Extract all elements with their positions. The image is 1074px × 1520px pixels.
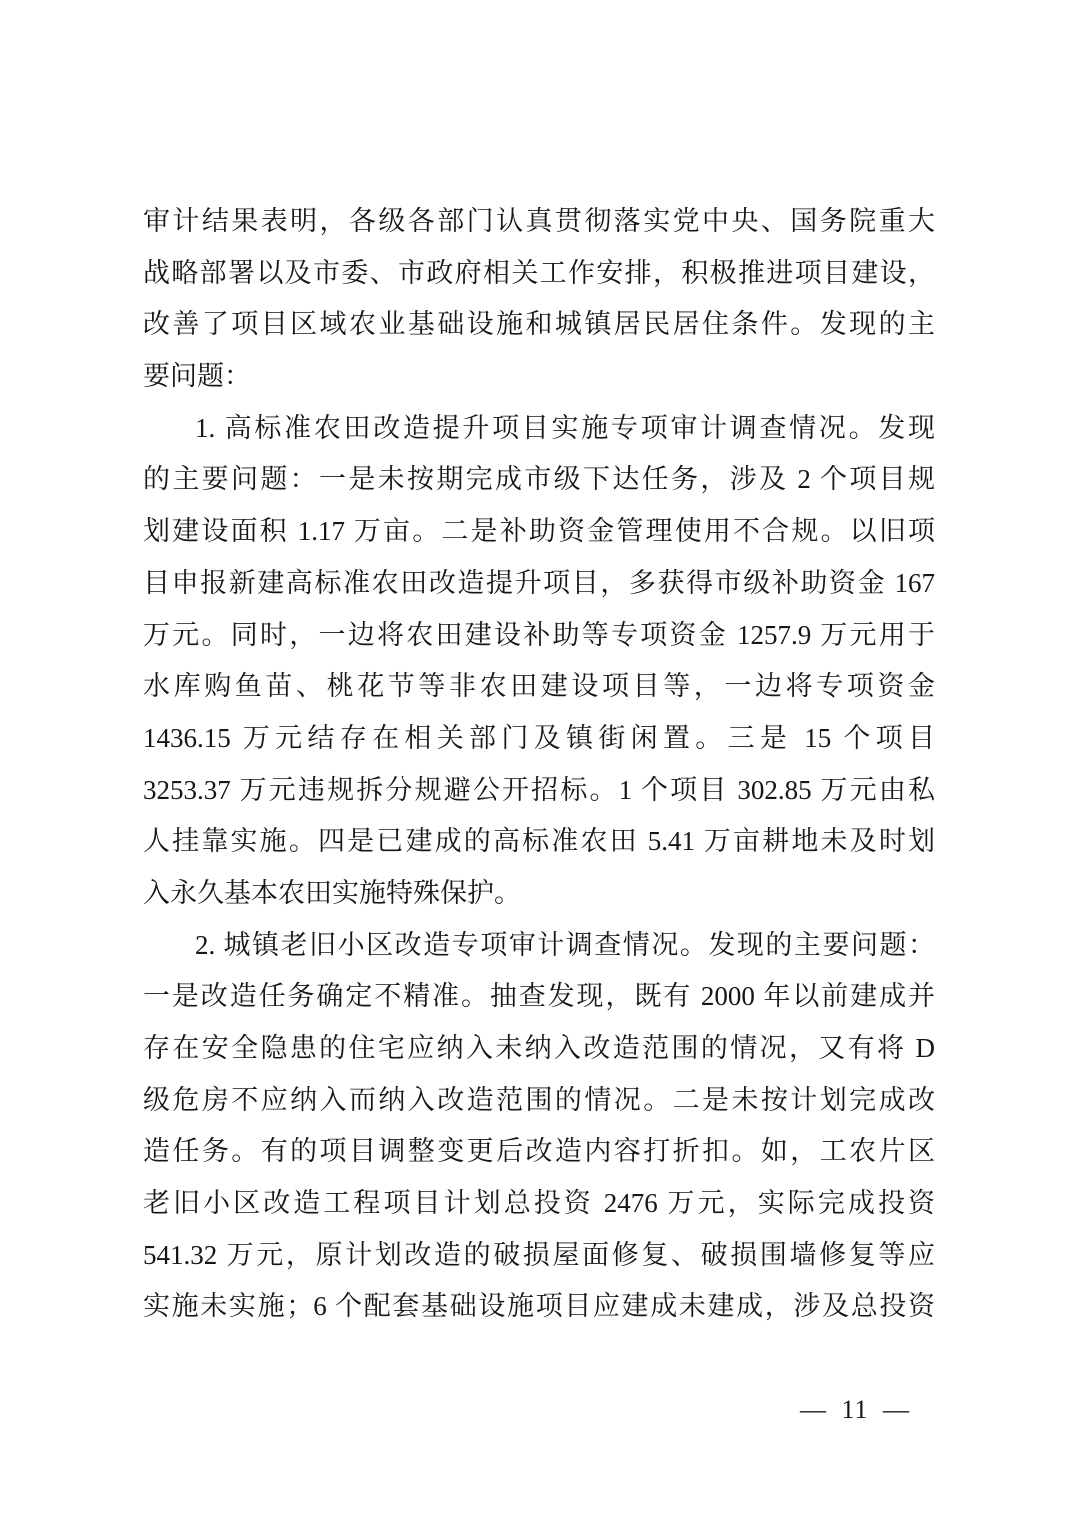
text-line: 老旧小区改造工程项目计划总投资 2476 万元，实际完成投资 [143, 1178, 935, 1230]
text-line: 战略部署以及市委、市政府相关工作安排，积极推进项目建设， [143, 248, 935, 300]
paragraph-intro: 审计结果表明，各级各部门认真贯彻落实党中央、国务院重大 战略部署以及市委、市政府… [143, 196, 935, 403]
text-line: 划建设面积 1.17 万亩。二是补助资金管理使用不合规。以旧项 [143, 506, 935, 558]
page-number: — 11 — [800, 1392, 910, 1428]
text-line: 实施未实施；6 个配套基础设施项目应建成未建成，涉及总投资 [143, 1281, 935, 1333]
text-line: 入永久基本农田实施特殊保护。 [143, 868, 935, 920]
text-line: 目申报新建高标准农田改造提升项目，多获得市级补助资金 167 [143, 558, 935, 610]
text-line: 1436.15 万元结存在相关部门及镇街闲置。三是 15 个项目 [143, 713, 935, 765]
text-line: 3253.37 万元违规拆分规避公开招标。1 个项目 302.85 万元由私 [143, 765, 935, 817]
text-line: 人挂靠实施。四是已建成的高标准农田 5.41 万亩耕地未及时划 [143, 816, 935, 868]
text-line: 水库购鱼苗、桃花节等非农田建设项目等，一边将专项资金 [143, 661, 935, 713]
document-body: 审计结果表明，各级各部门认真贯彻落实党中央、国务院重大 战略部署以及市委、市政府… [143, 196, 935, 1333]
text-line: 1. 高标准农田改造提升项目实施专项审计调查情况。发现 [143, 403, 935, 455]
text-line: 改善了项目区域农业基础设施和城镇居民居住条件。发现的主 [143, 299, 935, 351]
document-page: 审计结果表明，各级各部门认真贯彻落实党中央、国务院重大 战略部署以及市委、市政府… [0, 0, 1074, 1520]
text-line: 要问题： [143, 351, 935, 403]
paragraph-item-1: 1. 高标准农田改造提升项目实施专项审计调查情况。发现 的主要问题：一是未按期完… [143, 403, 935, 920]
text-line: 541.32 万元，原计划改造的破损屋面修复、破损围墙修复等应 [143, 1230, 935, 1282]
text-line: 存在安全隐患的住宅应纳入未纳入改造范围的情况，又有将 D [143, 1023, 935, 1075]
text-line: 造任务。有的项目调整变更后改造内容打折扣。如，工农片区 [143, 1126, 935, 1178]
text-line: 审计结果表明，各级各部门认真贯彻落实党中央、国务院重大 [143, 196, 935, 248]
text-line: 级危房不应纳入而纳入改造范围的情况。二是未按计划完成改 [143, 1075, 935, 1127]
text-line: 的主要问题：一是未按期完成市级下达任务，涉及 2 个项目规 [143, 454, 935, 506]
text-line: 万元。同时，一边将农田建设补助等专项资金 1257.9 万元用于 [143, 610, 935, 662]
text-line: 2. 城镇老旧小区改造专项审计调查情况。发现的主要问题： [143, 920, 935, 972]
paragraph-item-2: 2. 城镇老旧小区改造专项审计调查情况。发现的主要问题： 一是改造任务确定不精准… [143, 920, 935, 1334]
text-line: 一是改造任务确定不精准。抽查发现，既有 2000 年以前建成并 [143, 971, 935, 1023]
